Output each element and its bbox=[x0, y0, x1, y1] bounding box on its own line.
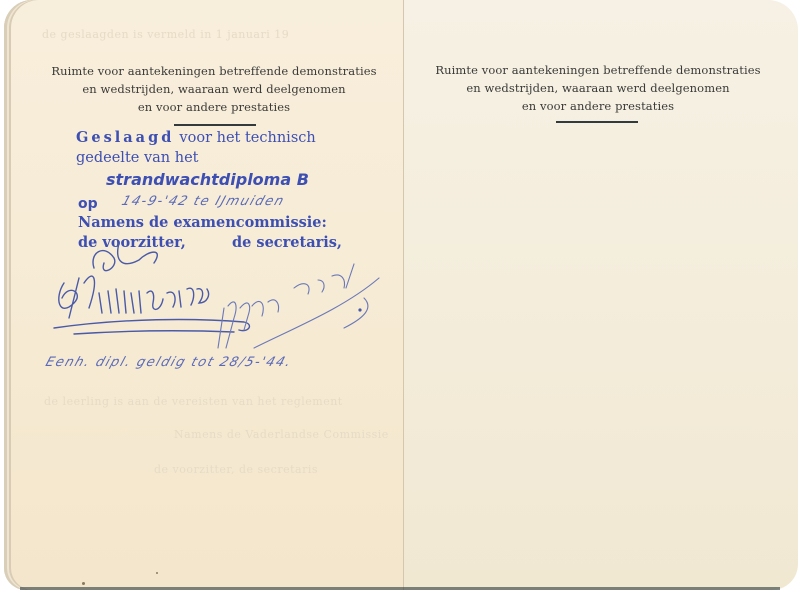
paper-speck bbox=[156, 572, 158, 574]
show-through-text: de leerling is aan de vereisten van het … bbox=[44, 395, 343, 408]
show-through-text: de voorzitter, de secretaris bbox=[154, 463, 318, 476]
page-heading: Ruimte voor aantekeningen betreffende de… bbox=[404, 61, 792, 115]
heading-line: en wedstrijden, waaraan werd deelgenomen bbox=[24, 80, 404, 98]
heading-line: en wedstrijden, waaraan werd deelgenomen bbox=[404, 79, 792, 97]
heading-line: Ruimte voor aantekeningen betreffende de… bbox=[404, 61, 792, 79]
stamp-on-label: op bbox=[78, 194, 98, 214]
stamp-passed-word: Geslaagd bbox=[76, 129, 174, 146]
page-heading: Ruimte voor aantekeningen betreffende de… bbox=[24, 62, 404, 116]
paper-speck bbox=[82, 582, 85, 585]
show-through-text: Namens de Vaderlandse Commissie bbox=[174, 428, 389, 441]
stamp-committee: Namens de examencommissie: bbox=[78, 213, 327, 233]
show-through-text: de geslaagden is vermeld in 1 januari 19 bbox=[42, 28, 289, 41]
stamp-line-passed: Geslaagd voor het technisch bbox=[76, 128, 316, 148]
diploma-name: strandwachtdiploma B bbox=[106, 170, 309, 190]
handwritten-date-place: 14-9-'42 te IJmuiden bbox=[120, 194, 287, 209]
heading-rule bbox=[174, 124, 256, 126]
handwritten-validity-note: Eenh. dipl. geldig tot 28/5-'44. bbox=[44, 355, 294, 370]
booklet-spread: de geslaagden is vermeld in 1 januari 19… bbox=[0, 0, 800, 590]
heading-line: en voor andere prestaties bbox=[24, 98, 404, 116]
stamp-passed-rest: voor het technisch bbox=[179, 130, 315, 146]
signature-chair bbox=[44, 238, 404, 358]
right-page: Ruimte voor aantekeningen betreffende de… bbox=[404, 0, 798, 590]
heading-line: en voor andere prestaties bbox=[404, 97, 792, 115]
stamp-line-part: gedeelte van het bbox=[76, 148, 199, 168]
heading-rule bbox=[556, 121, 638, 123]
heading-line: Ruimte voor aantekeningen betreffende de… bbox=[24, 62, 404, 80]
left-page: de geslaagden is vermeld in 1 januari 19… bbox=[4, 0, 404, 590]
